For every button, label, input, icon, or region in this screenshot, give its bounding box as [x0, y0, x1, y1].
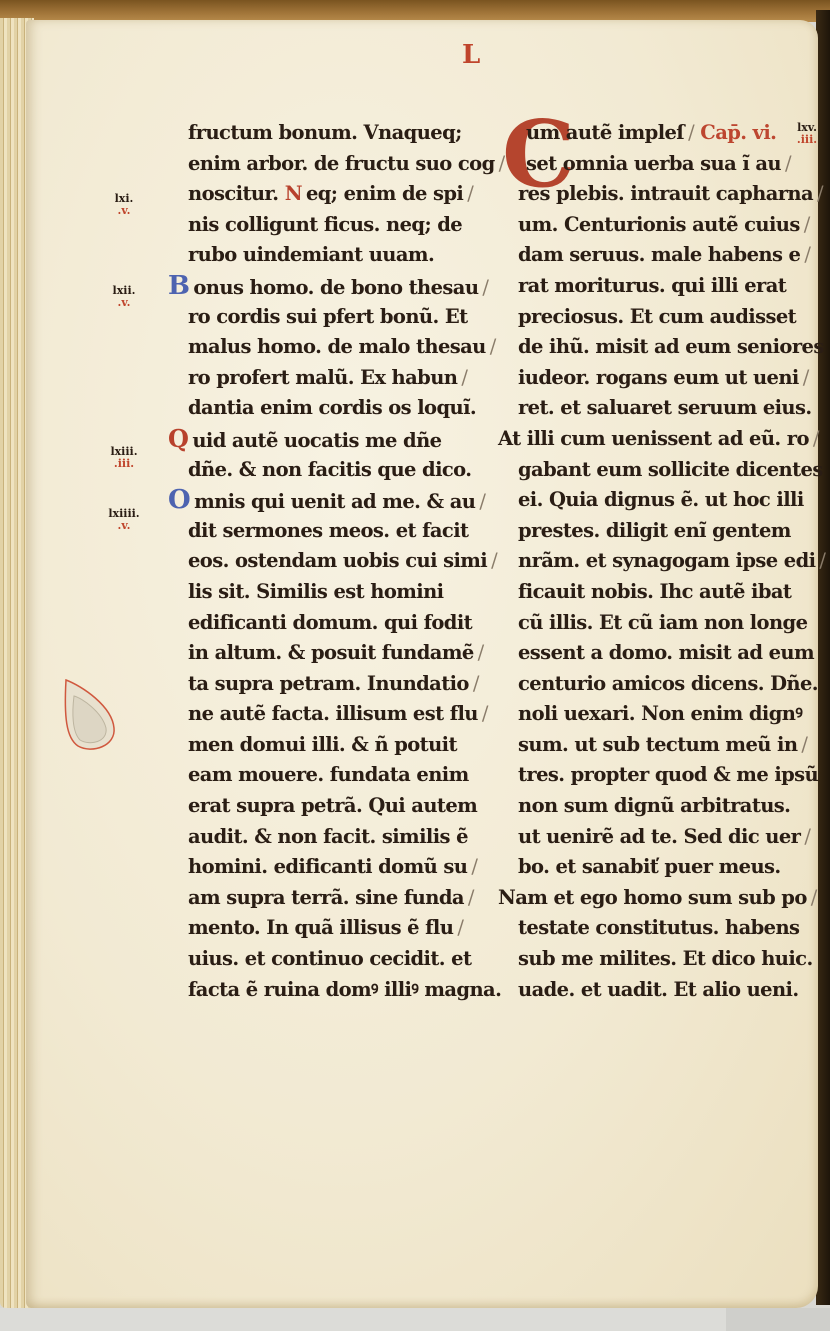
text-line: set omnia uerba sua ĩ au/	[518, 149, 818, 180]
text-column-right: um autẽ impleſ/ Cap̄. vi. set omnia uerb…	[518, 118, 818, 1005]
margin-note: lxii. .v.	[102, 285, 146, 309]
margin-note: lxiii. .iii.	[102, 446, 146, 470]
text-line: enim arbor. de fructu suo cog/	[188, 149, 488, 180]
text-line: sub me milites. Et dico huic.	[518, 944, 818, 975]
text-line: Omnis qui uenit ad me. & au/	[168, 485, 488, 516]
text-line: ta supra petram. Inundatio/	[188, 669, 488, 700]
text-line: ro profert malũ. Ex habun/	[188, 363, 488, 394]
folio-mark: L	[462, 40, 480, 70]
text-line: edificanti domum. qui fodit	[188, 608, 488, 639]
text-line: non sum dignũ arbitratus.	[518, 791, 818, 822]
text-line: ut uenirẽ ad te. Sed dic uer/	[518, 822, 818, 853]
text-line: dñe. & non facitis que dico.	[188, 455, 488, 486]
text-line: malus homo. de malo thesau/	[188, 332, 488, 363]
text-line: homini. edificanti domũ su/	[188, 852, 488, 883]
text-line: fructum bonum. Vnaqueq;	[188, 118, 488, 149]
text-line: rat moriturus. qui illi erat	[518, 271, 818, 302]
text-line: tres. propter quod & me ipsũ	[518, 760, 818, 791]
text-line: in altum. & posuit fundamẽ/	[188, 638, 488, 669]
initial-letter: B	[168, 271, 189, 302]
text-line: am supra terrã. sine funda/	[188, 883, 488, 914]
text-line: testate constitutus. habens	[518, 913, 818, 944]
text-line: Nam et ego homo sum sub po/	[498, 883, 818, 914]
text-line: um autẽ impleſ/ Cap̄. vi.	[518, 118, 818, 149]
text-line: ro cordis sui pfert bonũ. Et	[188, 302, 488, 333]
text-line: res plebis. intrauit capharna/	[518, 179, 818, 210]
text-line: prestes. diligit enĩ gentem	[518, 516, 818, 547]
text-line: noscitur. Neq; enim de spi/	[188, 179, 488, 210]
text-line: Quid autẽ uocatis me dñe	[168, 424, 488, 455]
text-line: eos. ostendam uobis cui simi/	[188, 546, 488, 577]
text-line: dantia enim cordis os loquĩ.	[188, 393, 488, 424]
text-line: rubo uindemiant uuam.	[188, 240, 488, 271]
text-line: sum. ut sub tectum meũ in/	[518, 730, 818, 761]
text-line: uade. et uadit. Et alio ueni.	[518, 975, 818, 1006]
initial-letter: O	[168, 485, 190, 516]
margin-note: lxiiii. .v.	[102, 508, 146, 532]
text-line: uius. et continuo cecidit. et	[188, 944, 488, 975]
initial-letter: Q	[168, 424, 188, 455]
text-line: At illi cum uenissent ad eũ. ro/	[498, 424, 818, 455]
text-line: ei. Quia dignus ẽ. ut hoc illi	[518, 485, 818, 516]
text-line: audit. & non facit. similis ẽ	[188, 822, 488, 853]
text-line: mento. In quã illisus ẽ flu/	[188, 913, 488, 944]
text-line: essent a domo. misit ad eum	[518, 638, 818, 669]
text-line: nis colligunt ficus. neq; de	[188, 210, 488, 241]
text-line: ret. et saluaret seruum eius.	[518, 393, 818, 424]
text-line: preciosus. Et cum audisset	[518, 302, 818, 333]
parchment-hole-icon	[62, 676, 116, 752]
text-line: ficauit nobis. Ihc autẽ ibat	[518, 577, 818, 608]
text-line: iudeor. rogans eum ut ueni/	[518, 363, 818, 394]
chapter-rubric: Cap̄. vi.	[700, 121, 776, 144]
text-line: nrãm. et synagogam ipse edi/	[518, 546, 818, 577]
text-column-left: fructum bonum. Vnaqueq; enim arbor. de f…	[188, 118, 488, 1005]
text-line: noli uexari. Non enim dignꝰ	[518, 699, 818, 730]
text-line: de ihũ. misit ad eum seniores	[518, 332, 818, 363]
text-line: lis sit. Similis est homini	[188, 577, 488, 608]
text-line: um. Centurionis autẽ cuius/	[518, 210, 818, 241]
book-cover-top-edge	[0, 0, 830, 22]
text-line: erat supra petrã. Qui autem	[188, 791, 488, 822]
margin-note: lxi. .v.	[102, 193, 146, 217]
background-strip	[0, 1308, 830, 1331]
text-line: gabant eum sollicite dicentes	[518, 455, 818, 486]
text-line: bo. et sanabiť puer meus.	[518, 852, 818, 883]
initial-letter: N	[285, 179, 302, 210]
text-line: centurio amicos dicens. Dñe.	[518, 669, 818, 700]
text-line: facta ẽ ruina domꝰ illiꝰ magna.	[188, 975, 488, 1006]
text-line: ne autẽ facta. illisum est flu/	[188, 699, 488, 730]
text-line: dit sermones meos. et facit	[188, 516, 488, 547]
text-line: dam seruus. male habens e/	[518, 240, 818, 271]
text-line: eam mouere. fundata enim	[188, 760, 488, 791]
text-line: men domui illi. & ñ potuit	[188, 730, 488, 761]
text-line: Bonus homo. de bono thesau/	[168, 271, 488, 302]
text-line: cũ illis. Et cũ iam non longe	[518, 608, 818, 639]
